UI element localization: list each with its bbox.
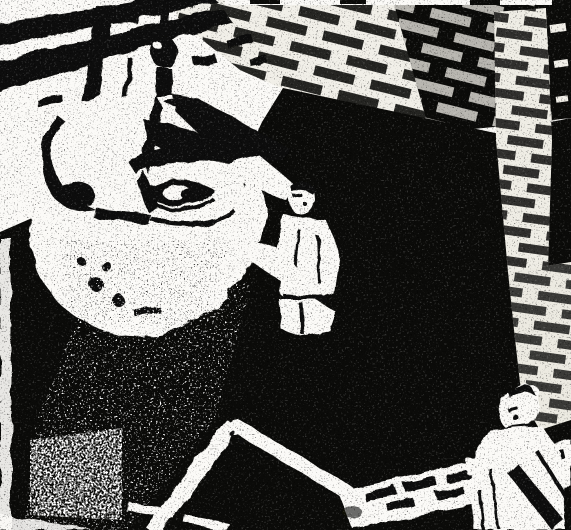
grain-overlay — [0, 0, 571, 530]
photo-canvas: Grainy high-contrast black-and-white new… — [0, 0, 571, 530]
halftone-photo: Grainy high-contrast black-and-white new… — [0, 0, 571, 530]
